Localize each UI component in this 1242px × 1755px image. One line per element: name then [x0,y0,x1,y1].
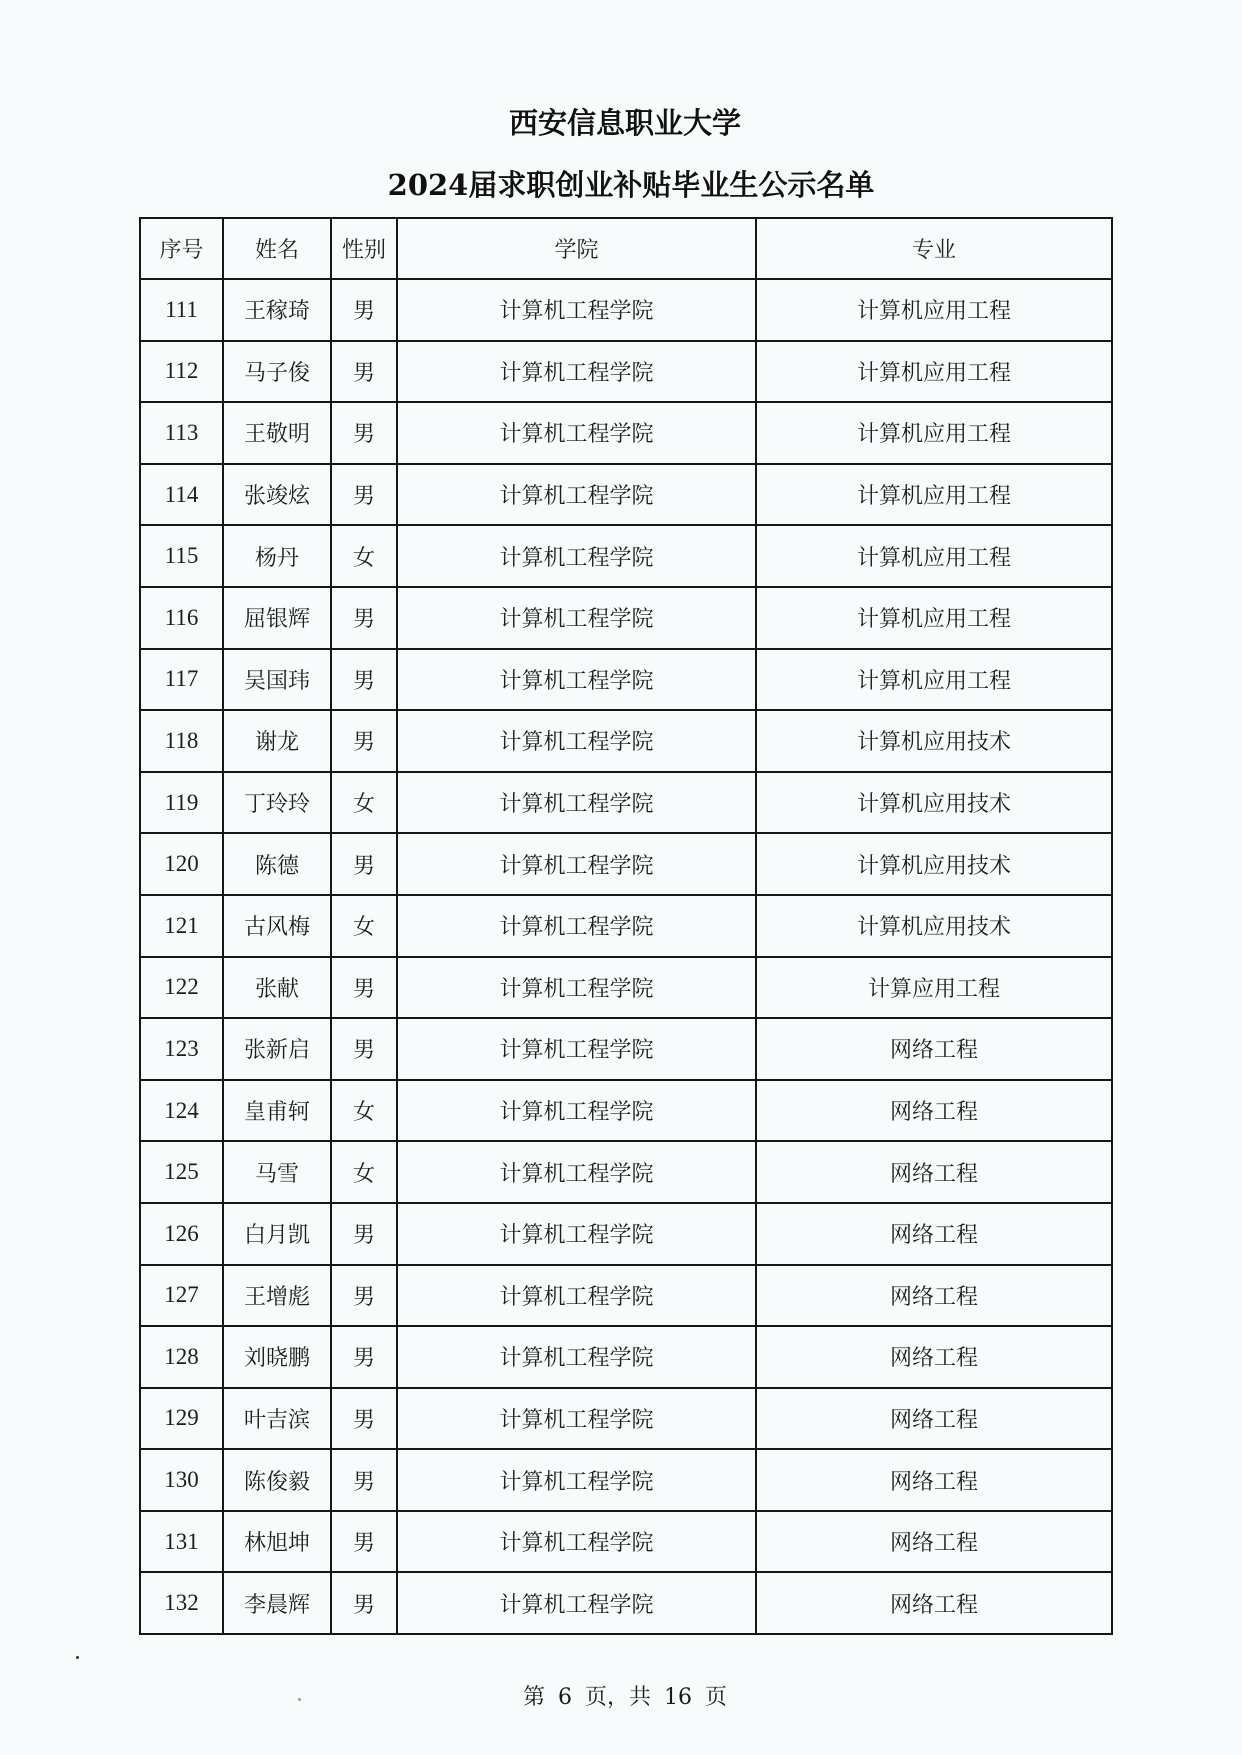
cell-college: 计算机工程学院 [397,649,756,711]
table-header: 序号 姓名 性别 学院 专业 [140,218,1112,279]
table-row: 112马子俊男计算机工程学院计算机应用工程 [140,341,1112,403]
table-row: 121古风梅女计算机工程学院计算机应用技术 [140,895,1112,957]
table-row: 116屈银辉男计算机工程学院计算机应用工程 [140,587,1112,649]
table-row: 126白月凯男计算机工程学院网络工程 [140,1203,1112,1265]
table-row: 132李晨辉男计算机工程学院网络工程 [140,1572,1112,1634]
cell-name: 白月凯 [223,1203,331,1265]
cell-gender: 女 [331,772,397,834]
cell-name: 马子俊 [223,341,331,403]
cell-name: 马雪 [223,1141,331,1203]
column-header-name: 姓名 [223,218,331,279]
table-row: 114张竣炫男计算机工程学院计算机应用工程 [140,464,1112,526]
cell-gender: 男 [331,710,397,772]
cell-major: 计算机应用技术 [756,895,1112,957]
cell-major: 计算机应用工程 [756,464,1112,526]
cell-major: 计算机应用技术 [756,710,1112,772]
cell-college: 计算机工程学院 [397,402,756,464]
cell-major: 网络工程 [756,1388,1112,1450]
cell-name: 王敬明 [223,402,331,464]
cell-gender: 男 [331,402,397,464]
cell-name: 屈银辉 [223,587,331,649]
cell-no: 129 [140,1388,223,1450]
graduate-roster-table: 序号 姓名 性别 学院 专业 111王稼琦男计算机工程学院计算机应用工程112马… [139,217,1113,1635]
cell-name: 古风梅 [223,895,331,957]
cell-name: 吴国玮 [223,649,331,711]
cell-name: 陈德 [223,833,331,895]
column-header-college: 学院 [397,218,756,279]
cell-major: 网络工程 [756,1018,1112,1080]
cell-name: 王增彪 [223,1265,331,1327]
cell-college: 计算机工程学院 [397,1511,756,1573]
cell-major: 计算机应用技术 [756,772,1112,834]
cell-gender: 女 [331,895,397,957]
cell-college: 计算机工程学院 [397,710,756,772]
table-row: 129叶吉滨男计算机工程学院网络工程 [140,1388,1112,1450]
cell-major: 网络工程 [756,1203,1112,1265]
cell-no: 117 [140,649,223,711]
cell-name: 叶吉滨 [223,1388,331,1450]
cell-no: 128 [140,1326,223,1388]
cell-gender: 男 [331,1572,397,1634]
cell-major: 计算机应用技术 [756,833,1112,895]
cell-no: 122 [140,957,223,1019]
cell-name: 丁玲玲 [223,772,331,834]
column-header-gender: 性别 [331,218,397,279]
cell-no: 115 [140,525,223,587]
table-row: 130陈俊毅男计算机工程学院网络工程 [140,1449,1112,1511]
cell-name: 陈俊毅 [223,1449,331,1511]
cell-major: 网络工程 [756,1080,1112,1142]
cell-name: 杨丹 [223,525,331,587]
cell-no: 125 [140,1141,223,1203]
cell-college: 计算机工程学院 [397,772,756,834]
table-row: 124皇甫轲女计算机工程学院网络工程 [140,1080,1112,1142]
list-title: 2024届求职创业补贴毕业生公示名单 [0,165,1242,205]
cell-gender: 男 [331,464,397,526]
cell-college: 计算机工程学院 [397,1141,756,1203]
table-row: 115杨丹女计算机工程学院计算机应用工程 [140,525,1112,587]
cell-no: 126 [140,1203,223,1265]
cell-gender: 男 [331,341,397,403]
table-body: 111王稼琦男计算机工程学院计算机应用工程112马子俊男计算机工程学院计算机应用… [140,279,1112,1634]
table-row: 113王敬明男计算机工程学院计算机应用工程 [140,402,1112,464]
cell-major: 计算机应用工程 [756,279,1112,341]
cell-no: 123 [140,1018,223,1080]
cell-gender: 男 [331,1265,397,1327]
cell-college: 计算机工程学院 [397,1203,756,1265]
cell-name: 皇甫轲 [223,1080,331,1142]
cell-gender: 男 [331,1326,397,1388]
table-row: 131林旭坤男计算机工程学院网络工程 [140,1511,1112,1573]
cell-name: 刘晓鹏 [223,1326,331,1388]
cell-gender: 男 [331,279,397,341]
institution-title: 西安信息职业大学 [0,103,1242,143]
cell-name: 林旭坤 [223,1511,331,1573]
cell-major: 网络工程 [756,1572,1112,1634]
cell-gender: 男 [331,649,397,711]
cell-no: 120 [140,833,223,895]
cell-college: 计算机工程学院 [397,1018,756,1080]
header-row: 序号 姓名 性别 学院 专业 [140,218,1112,279]
cell-gender: 男 [331,587,397,649]
column-header-no: 序号 [140,218,223,279]
cell-no: 111 [140,279,223,341]
cell-major: 计算应用工程 [756,957,1112,1019]
cell-no: 121 [140,895,223,957]
cell-college: 计算机工程学院 [397,833,756,895]
cell-no: 130 [140,1449,223,1511]
table-row: 117吴国玮男计算机工程学院计算机应用工程 [140,649,1112,711]
cell-gender: 男 [331,1203,397,1265]
cell-name: 李晨辉 [223,1572,331,1634]
cell-no: 112 [140,341,223,403]
table-row: 119丁玲玲女计算机工程学院计算机应用技术 [140,772,1112,834]
cell-no: 118 [140,710,223,772]
table-row: 120陈德男计算机工程学院计算机应用技术 [140,833,1112,895]
table-row: 111王稼琦男计算机工程学院计算机应用工程 [140,279,1112,341]
cell-college: 计算机工程学院 [397,1572,756,1634]
table-row: 122张献男计算机工程学院计算应用工程 [140,957,1112,1019]
cell-gender: 女 [331,1080,397,1142]
cell-no: 132 [140,1572,223,1634]
cell-major: 网络工程 [756,1449,1112,1511]
page-indicator: 第 6 页，共 16 页 [0,1680,1242,1711]
cell-major: 计算机应用工程 [756,587,1112,649]
cell-gender: 男 [331,1449,397,1511]
cell-no: 114 [140,464,223,526]
cell-no: 119 [140,772,223,834]
cell-college: 计算机工程学院 [397,279,756,341]
cell-name: 张竣炫 [223,464,331,526]
cell-college: 计算机工程学院 [397,1080,756,1142]
cell-no: 131 [140,1511,223,1573]
table-row: 125马雪女计算机工程学院网络工程 [140,1141,1112,1203]
cell-major: 网络工程 [756,1265,1112,1327]
cell-no: 127 [140,1265,223,1327]
cell-gender: 女 [331,525,397,587]
column-header-major: 专业 [756,218,1112,279]
table-row: 127王增彪男计算机工程学院网络工程 [140,1265,1112,1327]
cell-name: 张新启 [223,1018,331,1080]
table-row: 123张新启男计算机工程学院网络工程 [140,1018,1112,1080]
cell-gender: 男 [331,1018,397,1080]
cell-college: 计算机工程学院 [397,1388,756,1450]
cell-college: 计算机工程学院 [397,341,756,403]
cell-major: 计算机应用工程 [756,341,1112,403]
cell-major: 计算机应用工程 [756,525,1112,587]
cell-name: 谢龙 [223,710,331,772]
cell-gender: 男 [331,1388,397,1450]
cell-college: 计算机工程学院 [397,1326,756,1388]
cell-college: 计算机工程学院 [397,957,756,1019]
cell-gender: 男 [331,1511,397,1573]
cell-name: 王稼琦 [223,279,331,341]
cell-college: 计算机工程学院 [397,895,756,957]
cell-college: 计算机工程学院 [397,587,756,649]
cell-college: 计算机工程学院 [397,1449,756,1511]
scan-speck [76,1656,79,1659]
cell-gender: 男 [331,957,397,1019]
cell-no: 116 [140,587,223,649]
cell-major: 计算机应用工程 [756,402,1112,464]
cell-major: 网络工程 [756,1326,1112,1388]
cell-college: 计算机工程学院 [397,525,756,587]
cell-no: 113 [140,402,223,464]
cell-college: 计算机工程学院 [397,1265,756,1327]
cell-name: 张献 [223,957,331,1019]
cell-major: 计算机应用工程 [756,649,1112,711]
cell-major: 网络工程 [756,1141,1112,1203]
cell-gender: 男 [331,833,397,895]
cell-gender: 女 [331,1141,397,1203]
table-row: 128刘晓鹏男计算机工程学院网络工程 [140,1326,1112,1388]
scan-speck [298,1698,301,1701]
cell-major: 网络工程 [756,1511,1112,1573]
cell-no: 124 [140,1080,223,1142]
table-row: 118谢龙男计算机工程学院计算机应用技术 [140,710,1112,772]
cell-college: 计算机工程学院 [397,464,756,526]
